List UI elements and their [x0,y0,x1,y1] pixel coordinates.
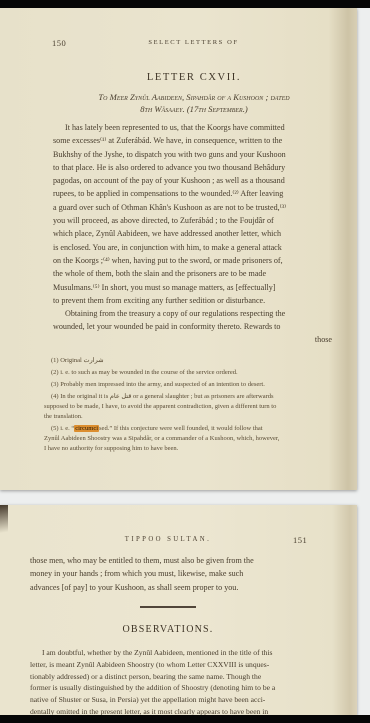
body-line: Obtaining from the treasury a copy of ou… [53,307,334,320]
letter-salutation: To Meer Zynûl Aabideen, Sipahdâr of a Ku… [36,92,352,115]
letter-body: It has lately been represented to us, th… [53,121,334,334]
body-line: is enclosed. You are, in conjunction wit… [53,241,334,254]
body-line: It has lately been represented to us, th… [53,121,334,134]
body-line: a guard over such of Othman Khân's Kusho… [53,201,334,214]
bottom-letterbox-bar [0,715,370,723]
footnote-2: (2) i. e. to such as may be wounded in t… [44,368,340,378]
body-line: on the Koorgs ;⁽⁴⁾ when, having put to t… [53,254,334,267]
observation-line: tionably addressed) or a distinct person… [30,671,344,683]
footnote-5-line: (5) i. e. “circumcised.” If this conject… [44,424,340,434]
running-head: TIPPOO SULTAN. [0,536,336,543]
page-151: TIPPOO SULTAN. 151 those men, who may be… [0,505,357,715]
footnote-5-suffix: sed.” If this conjecture were well found… [99,425,263,432]
observation-line: I am doubtful, whether by the Zynûl Aabi… [30,647,344,659]
footnote-5-line: I have no authority for supposing him to… [44,444,340,454]
observation-line: former is usually distinguished by the a… [30,682,344,694]
catchword: those [53,335,332,344]
body-line: pagodas, on account of the pay of your K… [53,174,334,187]
body-line: Musulmans.⁽⁵⁾ In short, you must so mana… [53,281,334,294]
body-line: those men, who may be entitled to them, … [30,554,342,567]
salutation-line: 8th Wâsaaey. (17th September.) [36,104,352,116]
footnotes: (1) Original شرارت (2) i. e. to such as … [44,356,340,454]
body-line: the whole of them, both the slain and th… [53,267,334,280]
body-line: money in your hands ; from which you mus… [30,567,342,580]
observations-paragraph: I am doubtful, whether by the Zynûl Aabi… [30,647,344,715]
spine-shadow [0,505,8,539]
section-divider [140,606,196,608]
footnote-4-line: the translation. [44,412,340,422]
letter-body-continued: those men, who may be entitled to them, … [30,554,342,594]
footnote-4-line: (4) In the original it is قتل عام or a g… [44,392,340,402]
body-line: Bukhshy of the Jyshe, to dispatch you wi… [53,148,334,161]
body-line: to that place. He is also ordered to adv… [53,161,334,174]
page-150-header: 150 SELECT LETTERS OF [0,38,357,50]
body-line: some excesses⁽¹⁾ at Zuferábád. We have, … [53,134,334,147]
page-150: 150 SELECT LETTERS OF LETTER CXVII. To M… [0,8,357,490]
top-letterbox-bar [0,0,370,8]
body-line: rupees, to be applied in compensations t… [53,187,334,200]
salutation-line: To Meer Zynûl Aabideen, Sipahdâr of a Ku… [36,92,352,104]
observation-line: native of Shuster or Susa, in Persia) ye… [30,694,344,706]
body-line: wounded, let your wounded be paid in con… [53,320,334,333]
body-line: to prevent them from exciting any furthe… [53,294,334,307]
search-hit-highlight: circumci [74,425,99,432]
running-head: SELECT LETTERS OF [52,39,335,46]
body-line: advances [of pay] to your Kushoon, as sh… [30,581,342,594]
book-viewer: 150 SELECT LETTERS OF LETTER CXVII. To M… [0,0,370,723]
body-line: which place, Zynûl Aabideen, we have add… [53,227,334,240]
page-151-header: TIPPOO SULTAN. 151 [0,535,357,547]
body-line: you will proceed, as above directed, to … [53,214,334,227]
footnote-4-line: supposed to be made, I have, to avoid th… [44,402,340,412]
observations-heading: OBSERVATIONS. [0,624,336,635]
observation-line: dentally omitted in the present letter, … [30,706,344,715]
footnote-5-prefix: (5) i. e. “ [51,425,74,432]
footnote-1: (1) Original شرارت [44,356,340,366]
page-number: 151 [293,535,307,545]
footnote-3: (3) Probably men impressed into the army… [44,380,340,390]
letter-title: LETTER CXVII. [52,72,336,83]
observation-line: letter, is meant Zynûl Aabideen Shoostry… [30,659,344,671]
footnote-5-line: Zynûl Aabideen Shoostry was a Sipahdâr, … [44,434,340,444]
